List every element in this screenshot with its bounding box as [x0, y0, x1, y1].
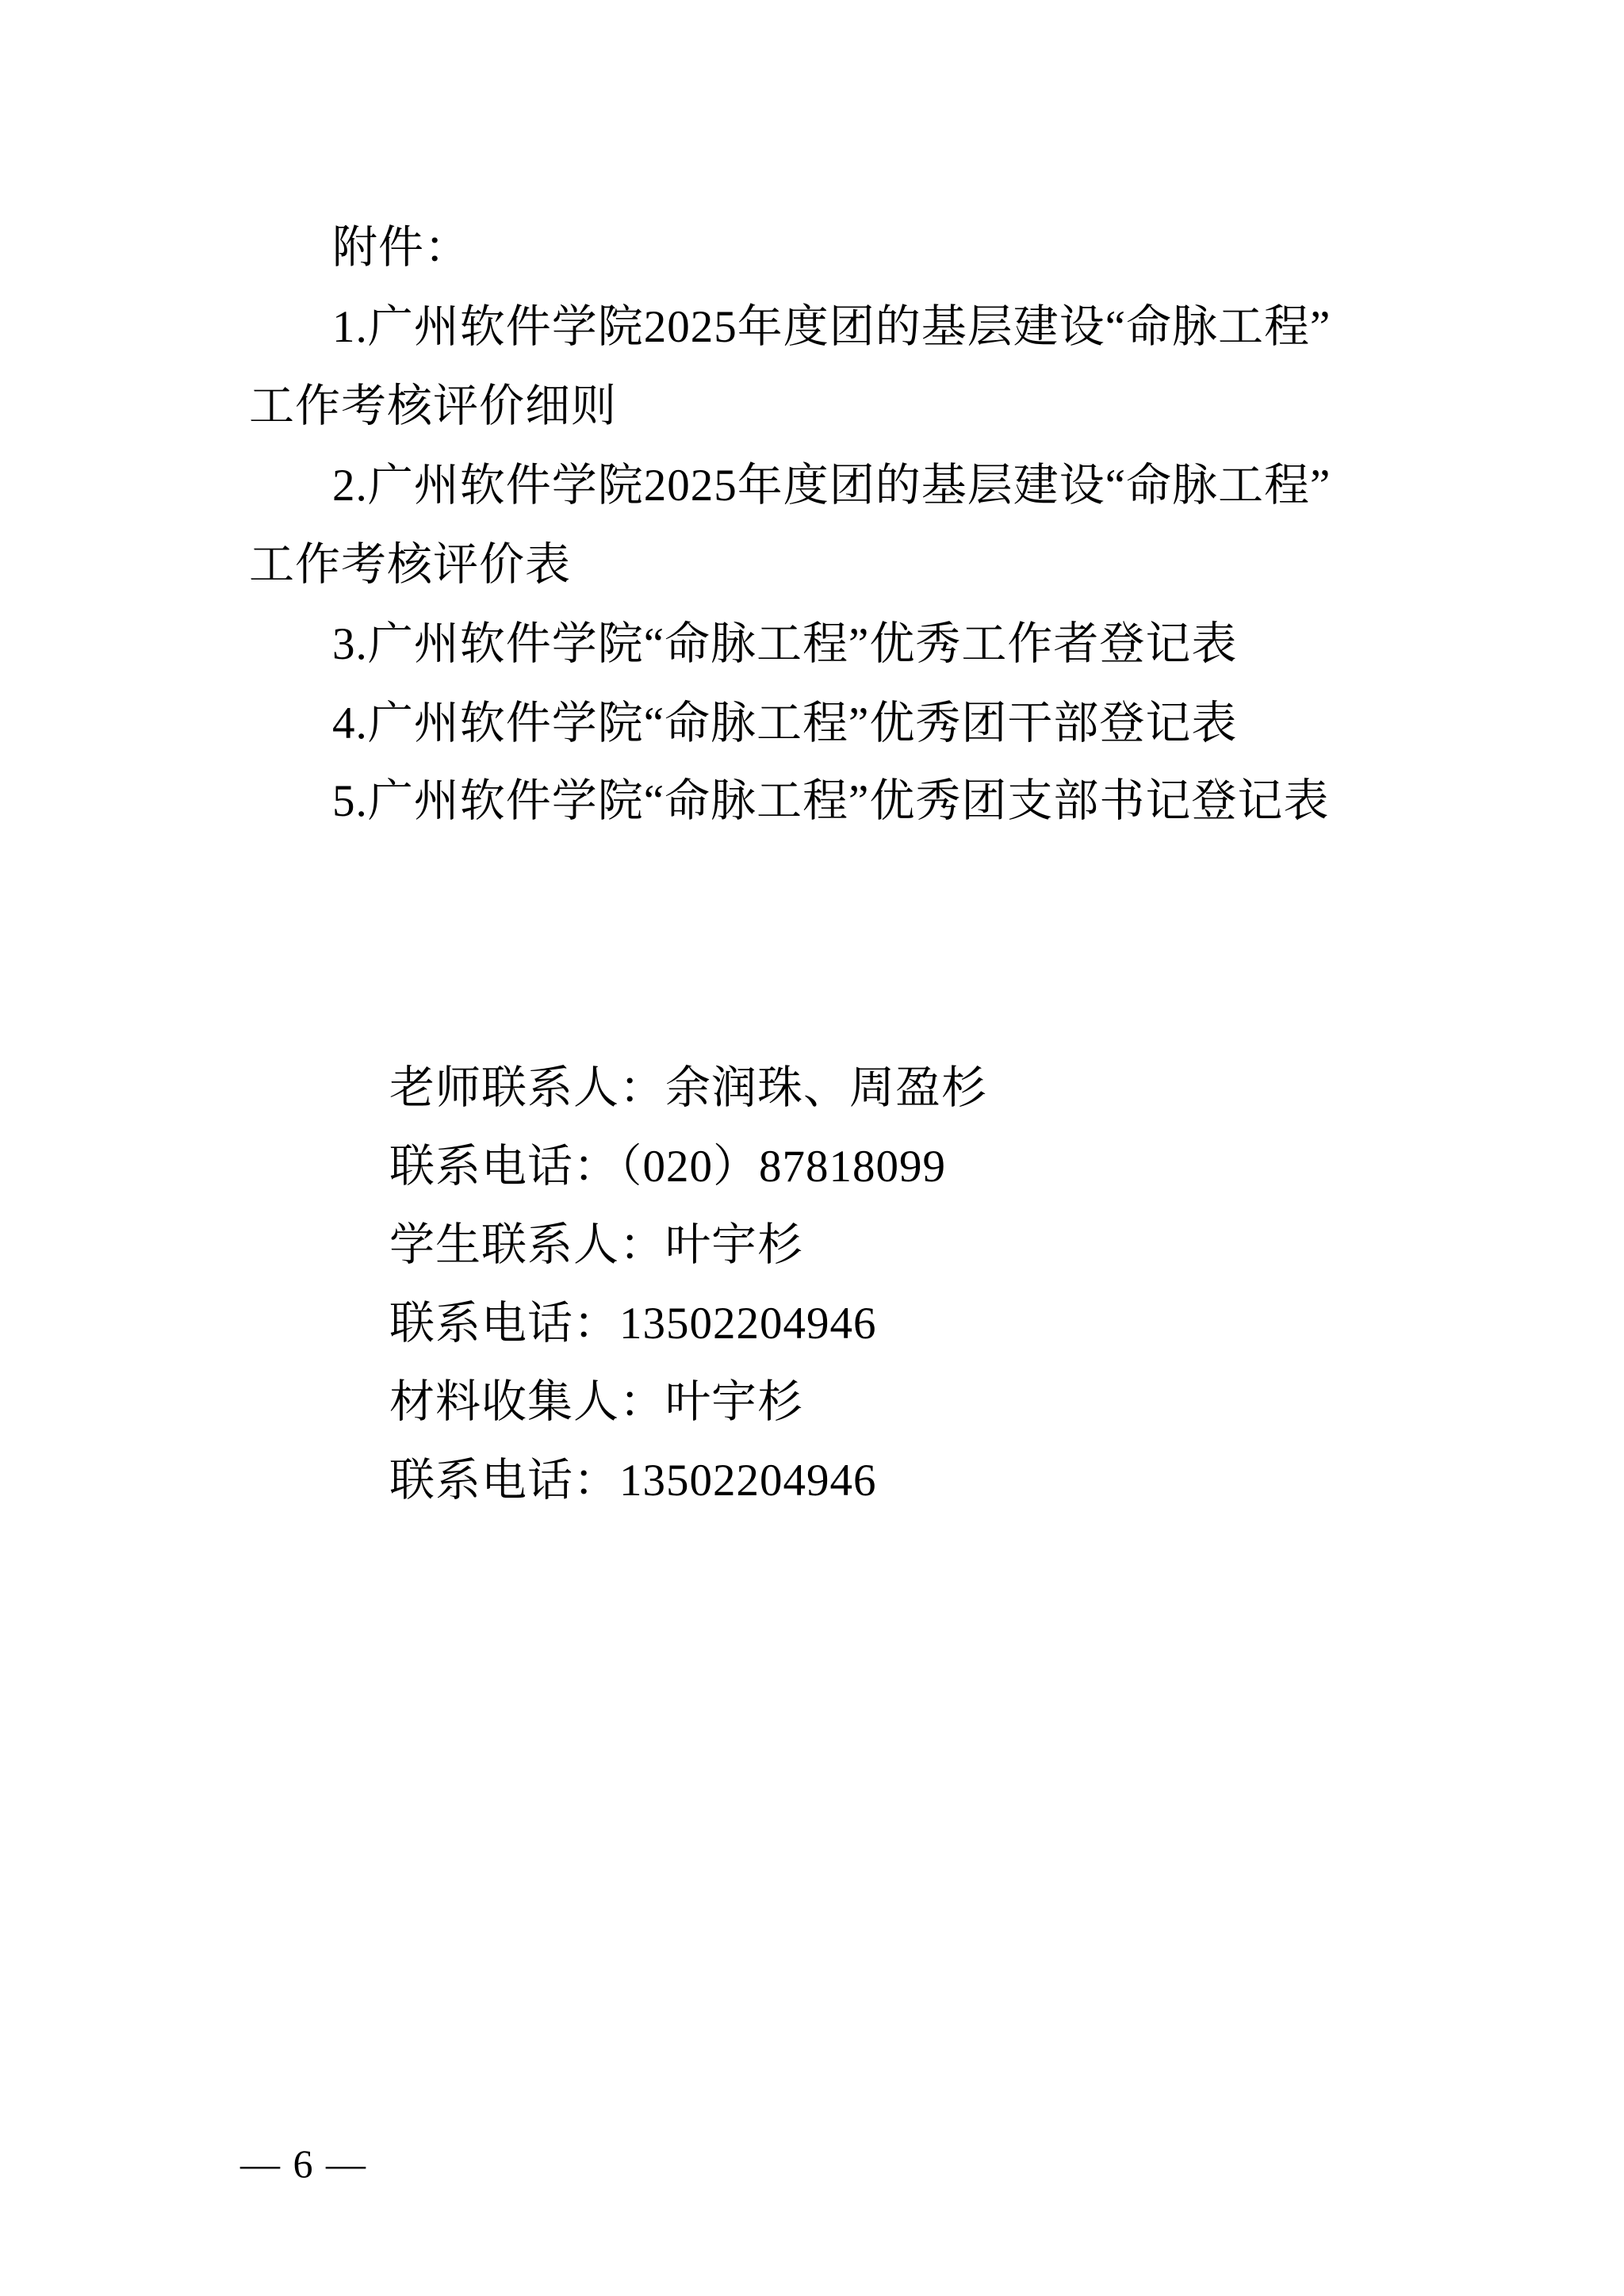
contact-line-collector-phone: 联系电话：13502204946	[341, 1406, 877, 1556]
attachments-heading: 附件：	[332, 224, 470, 274]
contact-value: 13502204946	[619, 1456, 877, 1506]
attachment-item-5: 5.广州软件学院“命脉工程”优秀团支部书记登记表	[332, 777, 1329, 827]
attachment-item-2-line-2: 工作考核评价表	[249, 541, 571, 591]
document-page: 附件： 1.广州软件学院2025年度团的基层建设“命脉工程” 工作考核评价细则 …	[0, 0, 1624, 2296]
attachment-item-3: 3.广州软件学院“命脉工程”优秀工作者登记表	[332, 620, 1237, 670]
attachment-item-2-line-1: 2.广州软件学院2025年度团的基层建设“命脉工程”	[332, 461, 1331, 511]
attachment-item-1-line-2: 工作考核评价细则	[249, 382, 617, 432]
attachment-item-4: 4.广州软件学院“命脉工程”优秀团干部登记表	[332, 699, 1237, 749]
attachment-item-1-line-1: 1.广州软件学院2025年度团的基层建设“命脉工程”	[332, 303, 1331, 353]
page-number: — 6 —	[240, 2141, 367, 2187]
contact-label: 联系电话：	[389, 1456, 619, 1506]
